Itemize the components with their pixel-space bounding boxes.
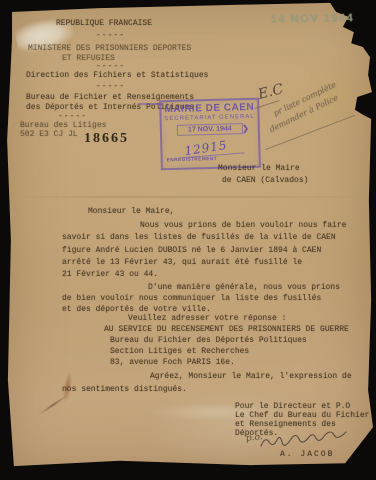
stamp-arrow-icon: ❯ [242, 124, 249, 133]
stamp-date-text: 17 NOV. 1944 [188, 125, 232, 133]
signature-typed-name: A. JACOB [280, 450, 334, 460]
body-p1-line3: figure André Lucien DUBOIS né le 6 Janvi… [62, 246, 321, 256]
recipient-line1: Monsieur le Maire [218, 164, 300, 174]
body-p1-line4: arrêté le 13 Février 43, qui aurait été … [62, 258, 302, 268]
letterhead-litiges-line2: 502 E3 CJ JL [20, 130, 78, 140]
stamp-date: 17 NOV. 1944❯ [177, 123, 243, 136]
stamp-registration-label: ENREGISTREMENT [167, 157, 218, 163]
received-date-stamp: 14 NOV 1944 [271, 12, 354, 25]
body-p1-line5: 21 Février 43 ou 44. [62, 270, 158, 280]
reply-address-line3: Section Litiges et Recherches [110, 347, 249, 357]
closing-line1: Agréez, Monsieur le Maire, l'expression … [150, 372, 352, 382]
body-p1-line1: Nous vous prions de bien vouloir nous fa… [140, 221, 346, 231]
reply-address-line1: AU SERVICE DU RECENSEMENT DES PRISONNIER… [104, 325, 349, 335]
body-p2-line1: D'une manière générale, nous vous prions [148, 283, 340, 293]
body-p3: Veuillez adresser votre réponse : [128, 314, 286, 324]
letterhead-ministry-line1: MINISTERE DES PRISONNIERS DEPORTES [28, 44, 191, 54]
scanned-letter: REPUBLIQUE FRANCAISE ----- MINISTERE DES… [0, 0, 376, 480]
letterhead-direction: Direction des Fichiers et Statistiques [26, 71, 208, 81]
letterhead-republic: REPUBLIQUE FRANCAISE [56, 19, 152, 29]
closing-line2: nos sentiments distingués. [62, 385, 187, 395]
separator: ----- [96, 82, 125, 92]
body-p2-line2: de bien vouloir nous communiquer la list… [62, 294, 321, 304]
stamp-subtitle: SECRETARIAT GENERAL [162, 114, 258, 123]
separator: ----- [96, 31, 125, 41]
recipient-line2: de CAEN (Calvados) [222, 176, 308, 186]
registry-stamp: MAIRIE DE CAEN SECRETARIAT GENERAL 17 NO… [159, 98, 261, 171]
salutation: Monsieur le Maire, [88, 207, 174, 217]
body-p1-line2: savoir si dans les listes de fusillés de… [62, 233, 336, 243]
reply-address-line4: 83, avenue Foch PARIS 16e. [110, 358, 235, 368]
reply-address-line2: Bureau du Fichier des Déportés Politique… [110, 336, 307, 346]
file-number: 18665 [84, 131, 129, 147]
paper-crease [8, 196, 369, 198]
